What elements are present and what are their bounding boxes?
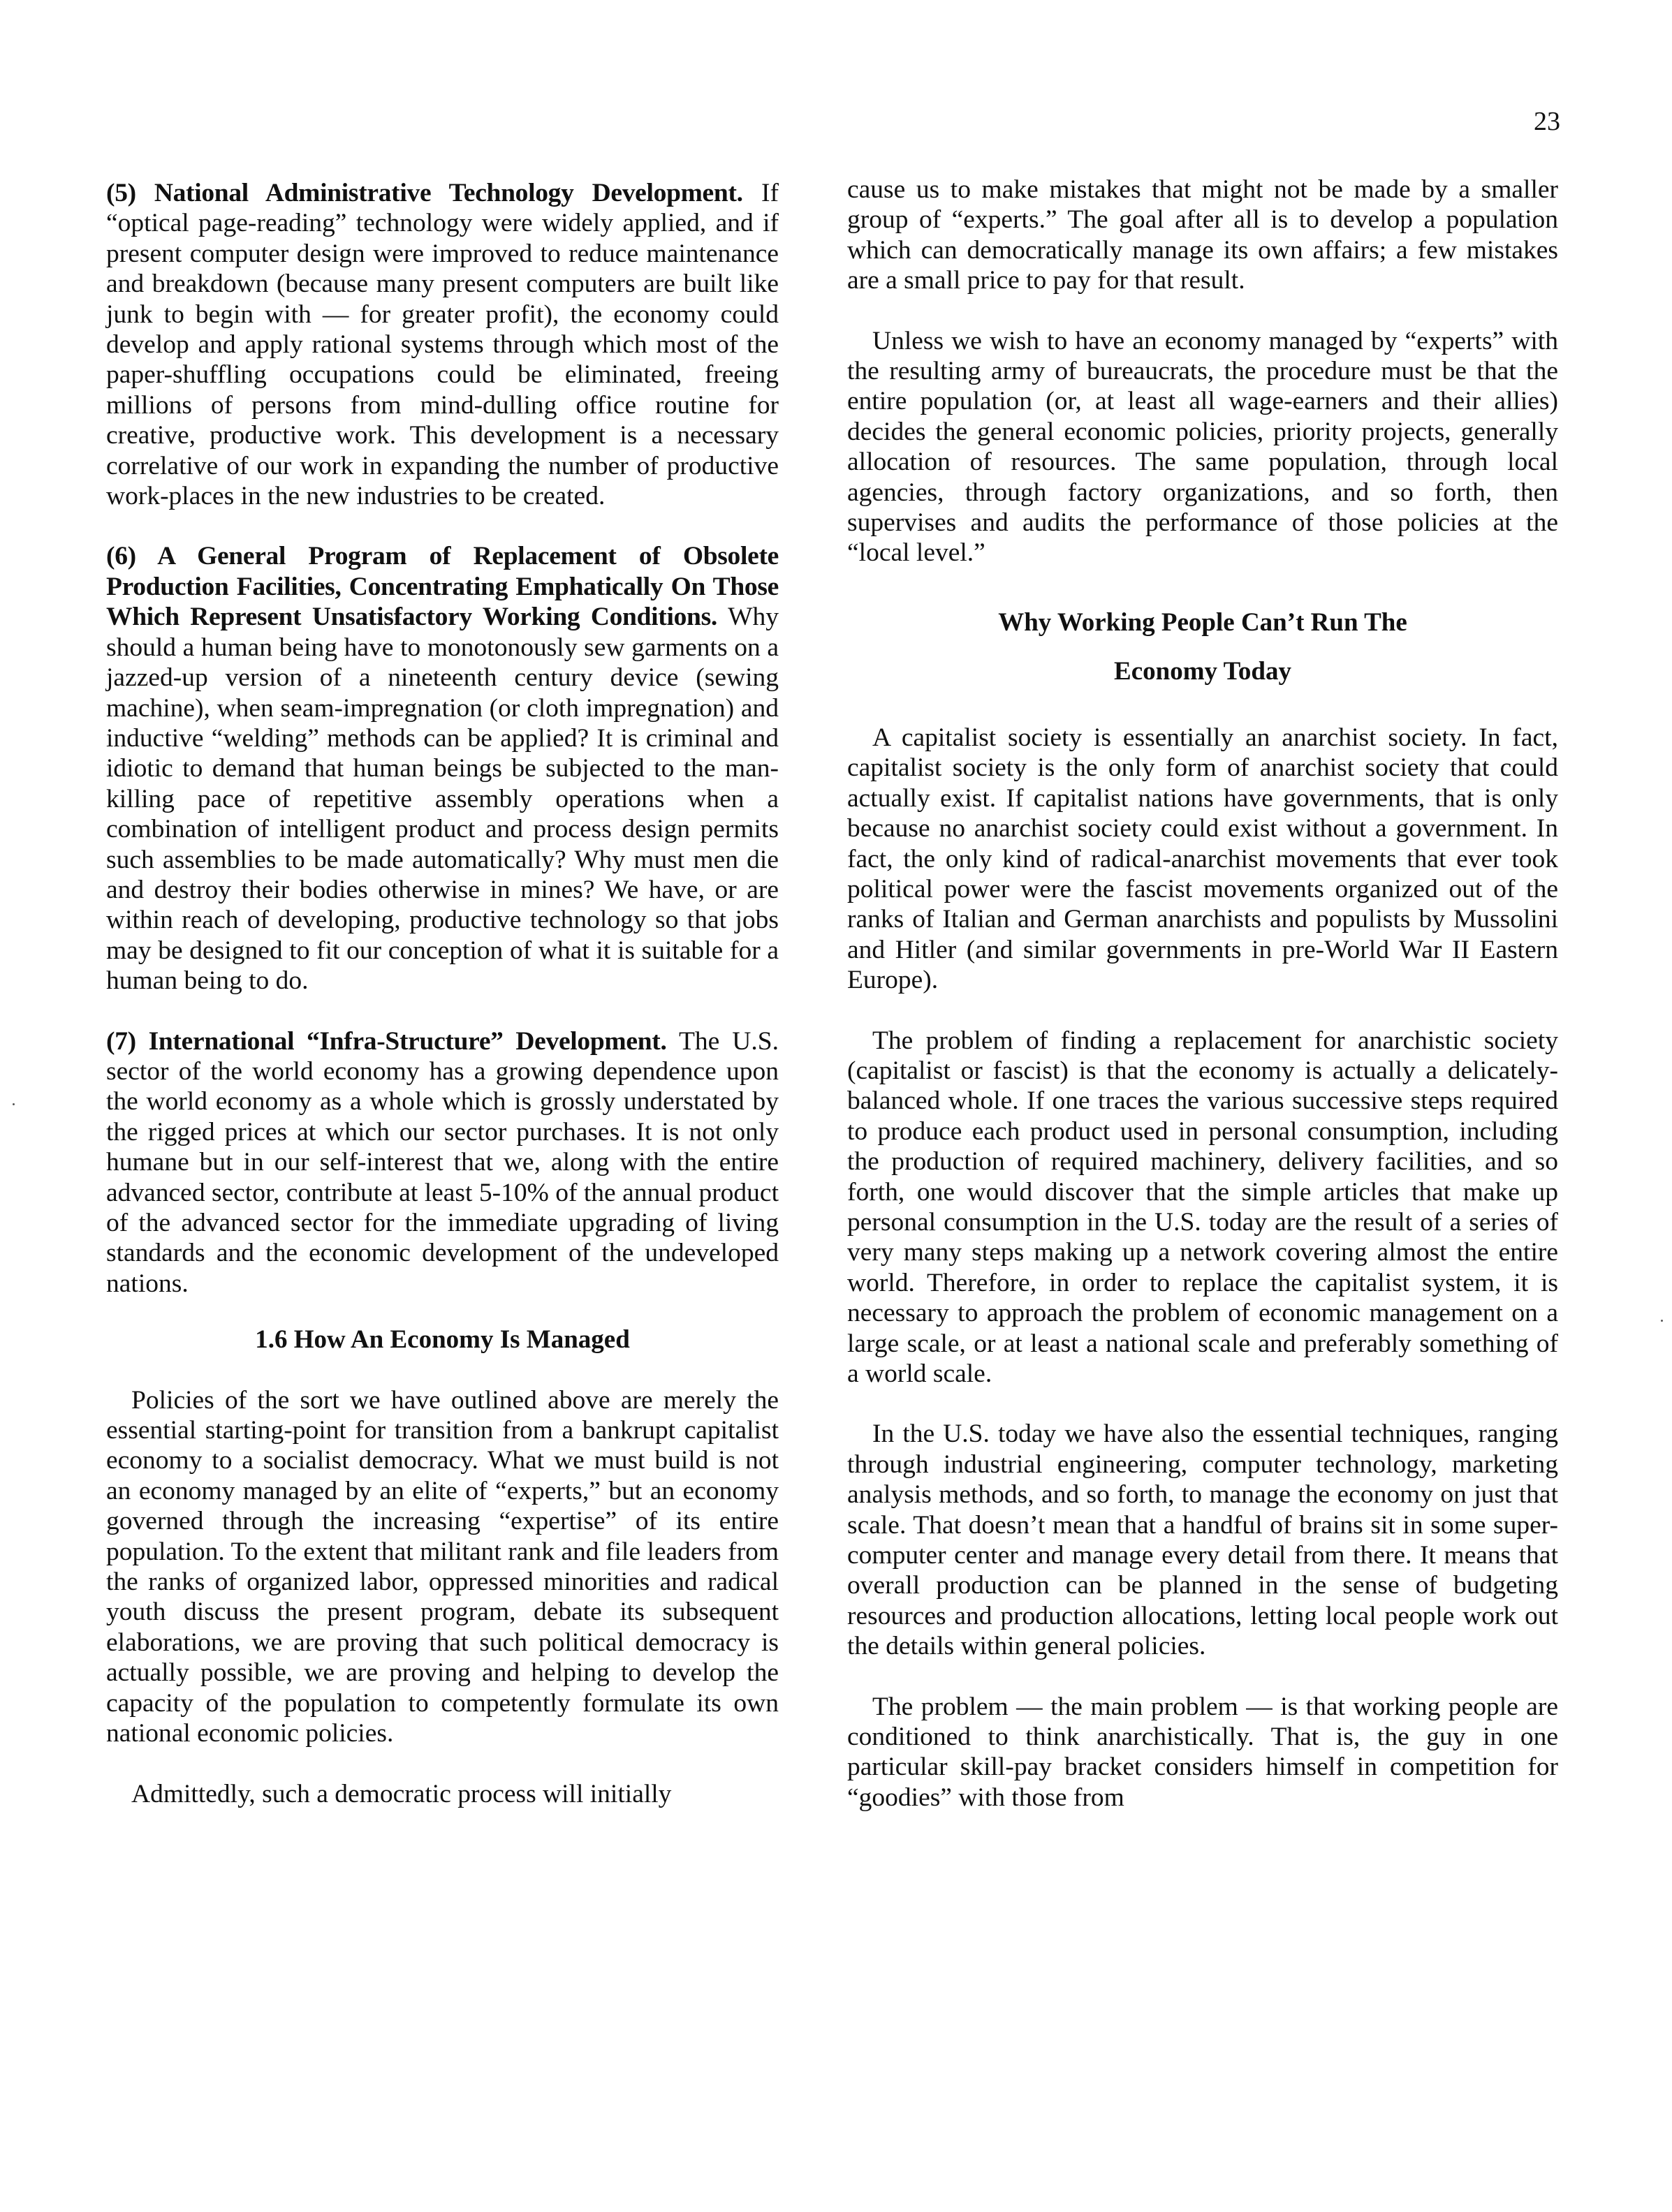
document-page: 23 (5) National Administrative Technolog…	[0, 0, 1672, 2212]
paragraph-capitalist-society: A capitalist society is essentially an a…	[847, 723, 1558, 996]
item-6-body: Why should a human being have to monoton…	[106, 603, 779, 995]
page-number: 23	[1534, 106, 1560, 137]
left-column: (5) National Administrative Technology D…	[106, 178, 779, 1839]
item-6-heading: (6) A General Program of Replacement of …	[106, 542, 779, 631]
right-column: cause us to make mistakes that might not…	[847, 175, 1558, 1843]
section-heading-why-working-people: Why Working People Can’t Run The Economy…	[847, 598, 1558, 696]
program-item-7: (7) International “Infra-Structure” Deve…	[106, 1026, 779, 1299]
section-heading-line-1: Why Working People Can’t Run The	[998, 608, 1407, 637]
section-heading-line-2: Economy Today	[1114, 657, 1291, 686]
item-7-body: The U.S. sector of the world economy has…	[106, 1027, 779, 1298]
paragraph-policies: Policies of the sort we have outlined ab…	[106, 1385, 779, 1749]
paragraph-continued: cause us to make mistakes that might not…	[847, 175, 1558, 296]
scan-speck	[13, 1103, 15, 1105]
section-heading-1-6: 1.6 How An Economy Is Managed	[106, 1325, 779, 1355]
paragraph-unless: Unless we wish to have an economy manage…	[847, 326, 1558, 568]
paragraph-replacement-problem: The problem of finding a replacement for…	[847, 1026, 1558, 1389]
program-item-5: (5) National Administrative Technology D…	[106, 178, 779, 511]
item-7-heading: (7) International “Infra-Structure” Deve…	[106, 1027, 667, 1056]
paragraph-main-problem: The problem — the main problem — is that…	[847, 1692, 1558, 1813]
item-5-body: If “optical page-reading” technology wer…	[106, 179, 779, 510]
program-item-6: (6) A General Program of Replacement of …	[106, 541, 779, 996]
scan-speck	[1661, 1320, 1663, 1322]
paragraph-admittedly: Admittedly, such a democratic process wi…	[106, 1779, 779, 1809]
paragraph-us-today: In the U.S. today we have also the essen…	[847, 1419, 1558, 1661]
item-5-heading: (5) National Administrative Technology D…	[106, 179, 743, 207]
